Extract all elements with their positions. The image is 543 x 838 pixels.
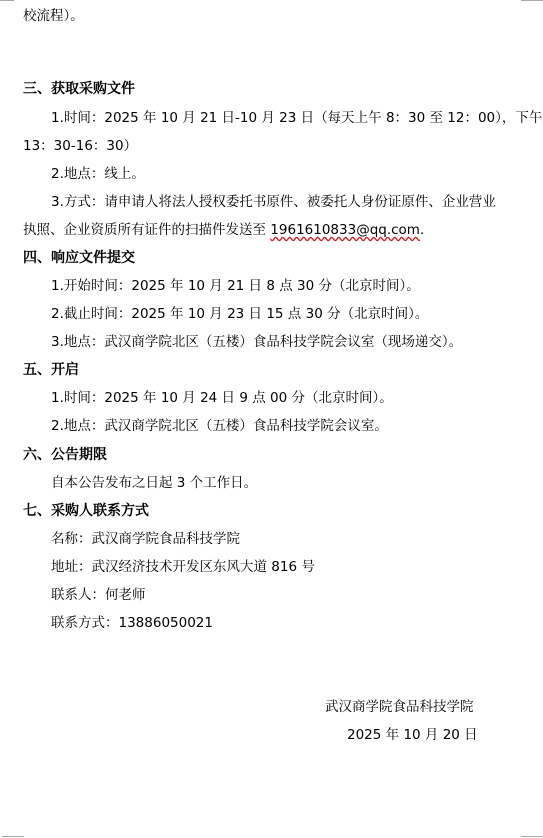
contact-email: 1961610833@qq.com	[270, 222, 420, 238]
purchaser-address: 地址：武汉经济技术开发区东风大道 816 号	[51, 558, 315, 576]
signature-date: 2025 年 10 月 20 日	[347, 726, 478, 744]
section-heading-obtain-documents: 三、获取采购文件	[23, 80, 135, 98]
submission-deadline: 2.截止时间：2025 年 10 月 23 日 15 点 30 分（北京时间）。	[51, 305, 428, 323]
opening-time: 1.时间：2025 年 10 月 24 日 9 点 00 分（北京时间）。	[51, 389, 393, 407]
obtain-time-line-2: 13：30-16：30）	[23, 137, 137, 155]
margin-mark-top-left	[0, 0, 14, 1]
notice-period-text: 自本公告发布之日起 3 个工作日。	[51, 474, 257, 492]
section-heading-opening: 五、开启	[23, 361, 79, 379]
section-heading-submission: 四、响应文件提交	[23, 249, 135, 267]
submission-location: 3.地点：武汉商学院北区（五楼）食品科技学院会议室（现场递交）。	[51, 333, 462, 351]
obtain-method-text: 执照、企业资质所有证件的扫描件发送至	[23, 222, 270, 238]
margin-mark-bottom-left	[2, 836, 24, 837]
margin-mark-bottom-right	[521, 836, 543, 837]
email-suffix: .	[420, 222, 424, 238]
section-heading-purchaser-contact: 七、采购人联系方式	[23, 502, 149, 520]
submission-start-time: 1.开始时间：2025 年 10 月 21 日 8 点 30 分（北京时间）。	[51, 277, 420, 295]
purchaser-name: 名称：武汉商学院食品科技学院	[51, 530, 240, 548]
obtain-method-line-1: 3.方式：请申请人将法人授权委托书原件、被委托人身份证原件、企业营业	[51, 193, 496, 211]
opening-location: 2.地点：武汉商学院北区（五楼）食品科技学院会议室。	[51, 417, 388, 435]
margin-mark-top-right	[521, 0, 543, 1]
obtain-location: 2.地点：线上。	[51, 165, 145, 183]
continuation-text: 校流程）。	[23, 7, 84, 25]
purchaser-contact-person: 联系人：何老师	[51, 586, 146, 604]
obtain-time-line-1: 1.时间：2025 年 10 月 21 日-10 月 23 日（每天上午 8：3…	[51, 109, 542, 127]
obtain-method-line-2: 执照、企业资质所有证件的扫描件发送至 1961610833@qq.com.	[23, 221, 424, 239]
signature-organization: 武汉商学院食品科技学院	[325, 698, 474, 716]
document-page: 校流程）。 三、获取采购文件 1.时间：2025 年 10 月 21 日-10 …	[0, 0, 543, 838]
purchaser-phone: 联系方式：13886050021	[51, 614, 213, 632]
section-heading-notice-period: 六、公告期限	[23, 446, 107, 464]
